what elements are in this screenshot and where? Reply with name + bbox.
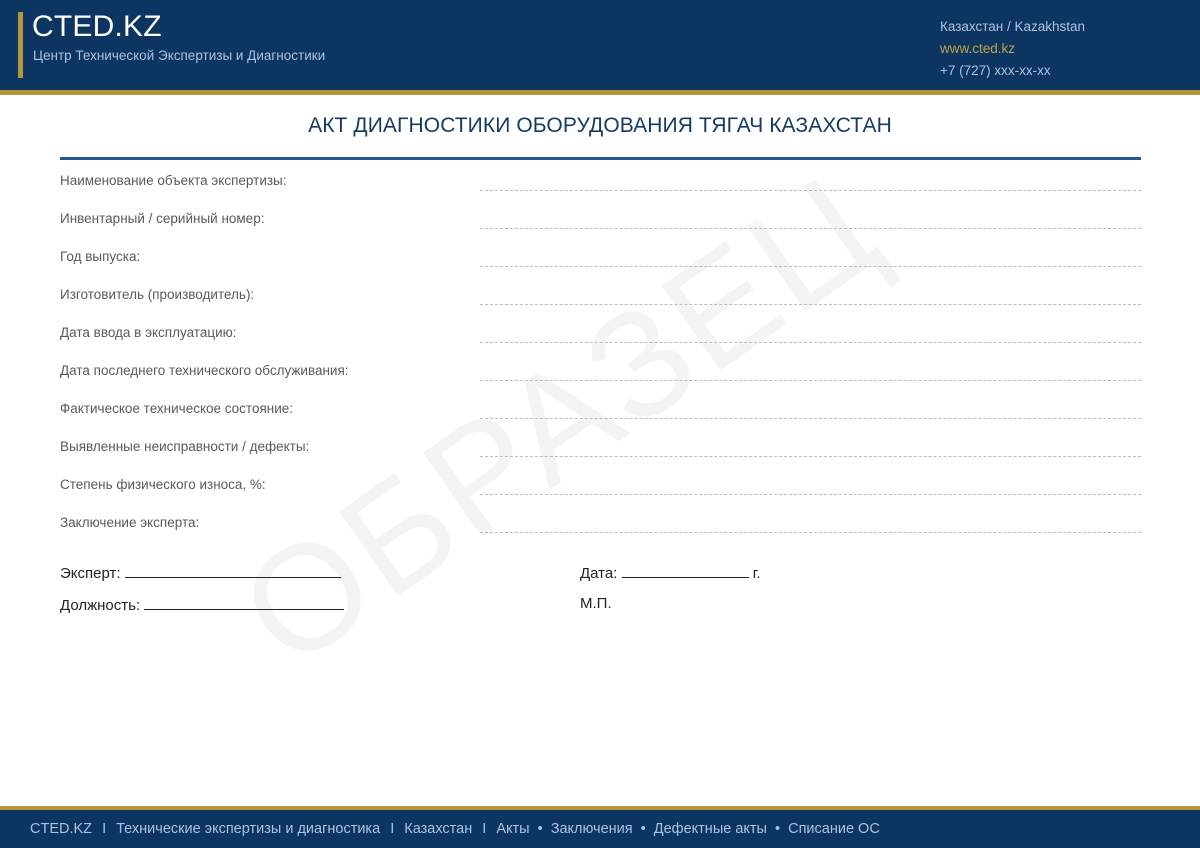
expert-signature-line[interactable]: [125, 563, 341, 578]
field-input-line[interactable]: [480, 494, 1141, 495]
field-object-name: Наименование объекта экспертизы:: [60, 171, 1141, 209]
contact-block: Казахстан / Kazakhstan www.cted.kz +7 (7…: [940, 16, 1085, 82]
field-label: Фактическое техническое состояние:: [60, 401, 293, 416]
brand-accent-bar: [18, 12, 23, 78]
website-link[interactable]: www.cted.kz: [940, 38, 1085, 60]
year-suffix: г.: [753, 565, 761, 582]
position-label: Должность:: [60, 597, 140, 614]
position-signature-line[interactable]: [144, 595, 344, 610]
footer-separator: I: [102, 821, 106, 837]
field-input-line[interactable]: [480, 190, 1141, 191]
field-input-line[interactable]: [480, 266, 1141, 267]
field-label: Наименование объекта экспертизы:: [60, 173, 287, 188]
field-input-line[interactable]: [480, 304, 1141, 305]
field-input-line[interactable]: [480, 228, 1141, 229]
field-input-line[interactable]: [480, 418, 1141, 419]
field-input-line[interactable]: [480, 342, 1141, 343]
position-signature: Должность:: [60, 595, 344, 614]
country-label: Казахстан / Kazakhstan: [940, 16, 1085, 38]
field-wear: Степень физического износа, %:: [60, 475, 1141, 513]
field-label: Выявленные неисправности / дефекты:: [60, 439, 309, 454]
document-title: АКТ ДИАГНОСТИКИ ОБОРУДОВАНИЯ ТЯГАЧ КАЗАХ…: [0, 114, 1200, 138]
field-defects: Выявленные неисправности / дефекты:: [60, 437, 1141, 475]
footer-nav: CTED.KZ I Технические экспертизы и диагн…: [30, 821, 880, 837]
footer-link-conclusions[interactable]: Заключения: [551, 821, 633, 837]
footer-link-writeoff[interactable]: Списание ОС: [788, 821, 880, 837]
field-manufacturer: Изготовитель (производитель):: [60, 285, 1141, 323]
field-label: Дата последнего технического обслуживани…: [60, 363, 349, 378]
footer-separator: I: [390, 821, 394, 837]
field-year: Год выпуска:: [60, 247, 1141, 285]
field-serial-number: Инвентарный / серийный номер:: [60, 209, 1141, 247]
footer-link-defect-acts[interactable]: Дефектные акты: [654, 821, 767, 837]
field-input-line[interactable]: [480, 456, 1141, 457]
footer-region[interactable]: Казахстан: [404, 821, 472, 837]
page-header: CTED.KZ Центр Технической Экспертизы и Д…: [0, 0, 1200, 95]
field-input-line[interactable]: [480, 380, 1141, 381]
phone-number: +7 (727) xxx-xx-xx: [940, 60, 1085, 82]
field-label: Год выпуска:: [60, 249, 140, 264]
footer-brand[interactable]: CTED.KZ: [30, 821, 92, 837]
brand-logo[interactable]: CTED.KZ: [32, 10, 162, 44]
stamp-place: М.П.: [580, 595, 612, 612]
footer-link-acts[interactable]: Акты: [496, 821, 529, 837]
date-line[interactable]: [622, 563, 749, 578]
field-condition: Фактическое техническое состояние:: [60, 399, 1141, 437]
brand-subtitle: Центр Технической Экспертизы и Диагности…: [33, 48, 325, 63]
footer-services[interactable]: Технические экспертизы и диагностика: [116, 821, 380, 837]
footer-dot: •: [538, 821, 543, 837]
form-fields: Наименование объекта экспертизы: Инвента…: [60, 171, 1141, 551]
footer-separator: I: [482, 821, 486, 837]
field-label: Степень физического износа, %:: [60, 477, 266, 492]
field-label: Инвентарный / серийный номер:: [60, 211, 264, 226]
field-commission-date: Дата ввода в эксплуатацию:: [60, 323, 1141, 361]
field-conclusion: Заключение эксперта:: [60, 513, 1141, 551]
footer-dot: •: [641, 821, 646, 837]
field-input-line[interactable]: [480, 532, 1141, 533]
date-label: Дата:: [580, 565, 617, 582]
footer-dot: •: [775, 821, 780, 837]
title-divider: [60, 157, 1141, 160]
expert-label: Эксперт:: [60, 565, 121, 582]
field-label: Заключение эксперта:: [60, 515, 199, 530]
page-footer: CTED.KZ I Технические экспертизы и диагн…: [0, 806, 1200, 848]
date-signature: Дата: г.: [580, 563, 761, 582]
expert-signature: Эксперт:: [60, 563, 341, 582]
field-last-maintenance: Дата последнего технического обслуживани…: [60, 361, 1141, 399]
field-label: Дата ввода в эксплуатацию:: [60, 325, 237, 340]
field-label: Изготовитель (производитель):: [60, 287, 254, 302]
